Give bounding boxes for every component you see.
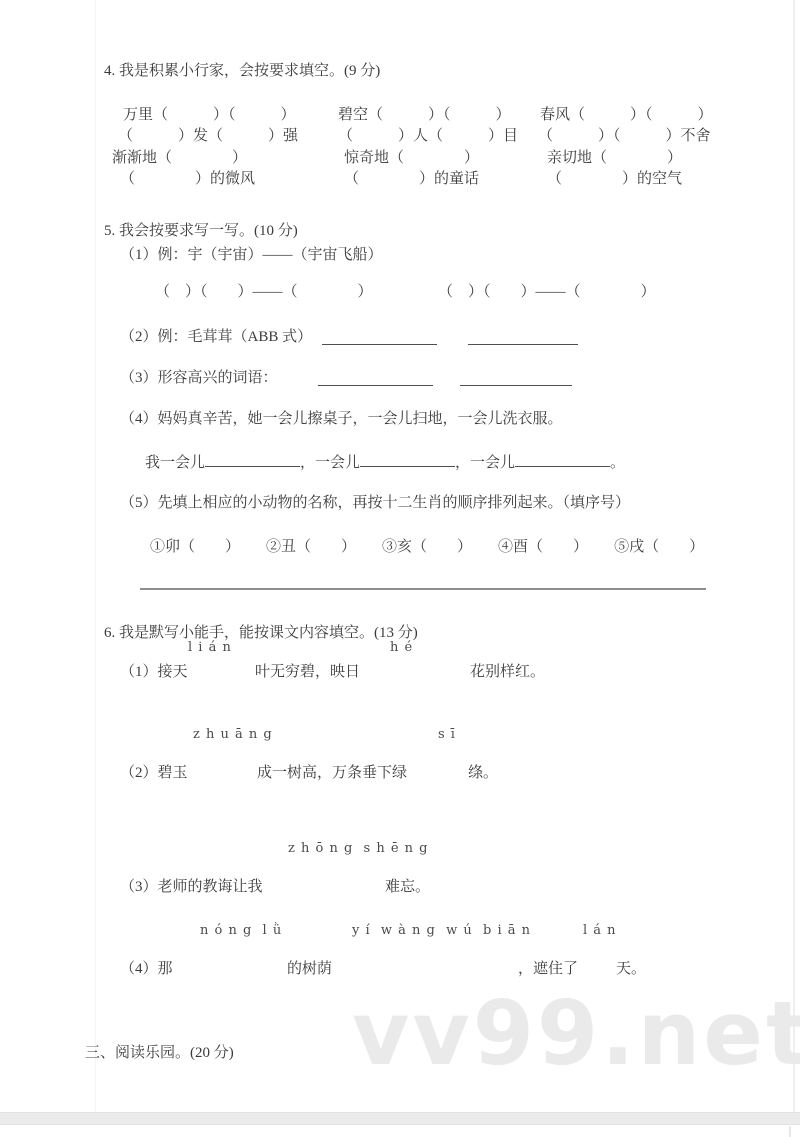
fill-in-blank-line [468,331,578,345]
question-5-item-2: （2）例：毛茸茸（ABB 式） [120,328,312,347]
next-page-right-edge-line [789,1126,791,1137]
question-5-item-1-blanks-left: （ ）（ ）——（ ） [155,283,373,302]
fill-blank-cell: （ ）的童话 [344,170,479,189]
scanned-exam-page: 4. 我是积累小行家，会按要求填空。(9 分) 万里（ ）（ ） 碧空（ ）（ … [0,0,800,1137]
question-5-item-4: （4）妈妈真辛苦，她一会儿擦桌子，一会儿扫地，一会儿洗衣服。 [120,410,563,429]
pinyin-hint: l i á n [188,640,232,656]
answer-segment: ，一会儿 [455,455,515,471]
fill-blank-cell: （ ）的空气 [547,170,682,189]
fill-blank-cell: 万里（ ）（ ） [123,106,296,125]
fill-in-blank-line [322,331,437,345]
question-5-item-1-blanks-right: （ ）（ ）——（ ） [438,283,656,302]
question-6-q2-segment: 绦。 [468,764,498,783]
question-5-item-3: （3）形容高兴的词语： [120,369,278,388]
pinyin-hint: s ī [438,727,456,743]
fill-blank-cell: （ ）（ ）不舍 [538,127,711,146]
fill-blank-cell: （ ）人（ ）目 [338,127,518,146]
fill-in-blank-line [318,372,433,386]
pinyin-hint: z h ō n g s h ē n g [288,841,429,857]
question-6-q4-segment: 的树荫 [287,960,332,979]
zodiac-option: ③亥（ ） [382,535,472,556]
question-5-item-4-answer-row: 我一会儿，一会儿，一会儿。 [145,452,625,473]
question-4-title: 4. 我是积累小行家，会按要求填空。(9 分) [104,62,380,81]
pinyin-hint: l á n [583,923,617,939]
question-5-title: 5. 我会按要求写一写。(10 分) [104,222,298,241]
question-6-q2-segment: （2）碧玉 [120,764,188,783]
question-6-q2-segment: 成一树高，万条垂下绿 [257,764,407,783]
zodiac-options-row: ①卯（ ） ②丑（ ） ③亥（ ） ④酉（ ） ⑤戌（ ） [150,535,704,556]
section-divider-line [140,588,706,590]
fill-in-blank-line [515,452,610,467]
pinyin-hint: h é [390,640,413,656]
zodiac-option: ②丑（ ） [266,535,356,556]
answer-segment: 。 [610,455,625,471]
fill-blank-cell: 春风（ ）（ ） [540,106,713,125]
question-6-q1-segment: 叶无穷碧，映日 [255,663,360,682]
zodiac-option: ⑤戌（ ） [614,535,704,556]
fill-blank-cell: （ ）的微风 [120,170,255,189]
question-6-q1-segment: 花别样红。 [470,663,545,682]
fill-in-blank-line [205,452,300,467]
page-left-edge-line [95,0,96,1112]
page-gap-band [0,1112,800,1125]
fill-blank-cell: 亲切地（ ） [547,149,682,168]
pinyin-hint: n ó n g l ǜ [200,923,282,939]
site-watermark: vv99.net [352,990,800,1078]
question-5-item-5: （5）先填上相应的小动物的名称，再按十二生肖的顺序排列起来。（填序号） [120,494,630,513]
question-6-q3-segment: （3）老师的教诲让我 [120,878,263,897]
question-6-q4-segment: 天。 [616,960,646,979]
pinyin-hint: z h u ā n g [193,727,273,743]
fill-in-blank-line [360,452,455,467]
section-3-heading: 三、阅读乐园。(20 分) [85,1044,234,1063]
fill-blank-cell: 惊奇地（ ） [344,149,479,168]
fill-in-blank-line [460,372,572,386]
question-6-q1-segment: （1）接天 [120,663,188,682]
answer-segment: 我一会儿 [145,455,205,471]
question-6-title: 6. 我是默写小能手，能按课文内容填空。(13 分) [104,624,418,643]
answer-segment: ，一会儿 [300,455,360,471]
fill-blank-cell: （ ）发（ ）强 [118,127,298,146]
page-right-edge-line [793,0,795,1112]
zodiac-option: ①卯（ ） [150,535,240,556]
question-6-q3-segment: 难忘。 [385,878,430,897]
question-6-q4-segment: ，遮住了 [518,960,578,979]
pinyin-hint: y í w à n g w ú b i ā n [352,923,531,939]
question-6-q4-segment: （4）那 [120,960,173,979]
fill-blank-cell: 碧空（ ）（ ） [338,106,511,125]
fill-blank-cell: 渐渐地（ ） [112,149,247,168]
question-5-item-1: （1）例：宇（宇宙）——（宇宙飞船） [120,246,383,265]
zodiac-option: ④酉（ ） [498,535,588,556]
